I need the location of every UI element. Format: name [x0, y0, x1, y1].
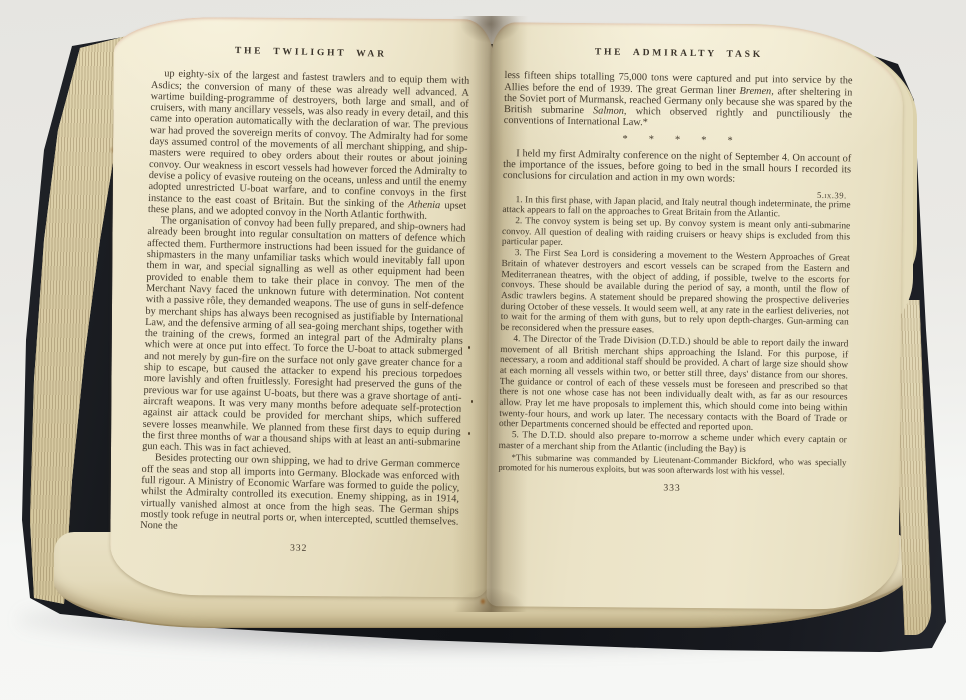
- section-break-stars: * * * * *: [503, 130, 851, 150]
- right-paragraph-1: less fifteen ships totalling 75,000 tons…: [504, 70, 853, 132]
- paragraph-text: up eighty-six of the largest and fastest…: [148, 69, 469, 210]
- right-page-content: THE ADMIRALTY TASK less fifteen ships to…: [498, 46, 853, 497]
- italic-ship-name: Salmon: [593, 106, 624, 117]
- left-paragraph-1: up eighty-six of the largest and fastest…: [148, 68, 469, 223]
- left-page-content: THE TWILIGHT WAR up eighty-six of the la…: [140, 44, 470, 558]
- minute-item-4: 4. The Director of the Trade Division (D…: [499, 334, 848, 436]
- left-paragraph-3: Besides protecting our own shipping, we …: [140, 452, 460, 539]
- italic-ship-name: Bremen: [740, 85, 772, 96]
- left-paragraph-2: The organisation of convoy had been full…: [142, 215, 466, 460]
- italic-ship-name: Athenia: [408, 199, 440, 211]
- footnote: *This submarine was commanded by Lieuten…: [498, 451, 846, 477]
- minute-item-3: 3. The First Sea Lord is considering a m…: [500, 248, 849, 339]
- right-paragraph-2: I held my first Admiralty conference on …: [503, 148, 851, 187]
- foxing-specks: [468, 346, 470, 349]
- book-photo: THE TWILIGHT WAR up eighty-six of the la…: [0, 0, 966, 700]
